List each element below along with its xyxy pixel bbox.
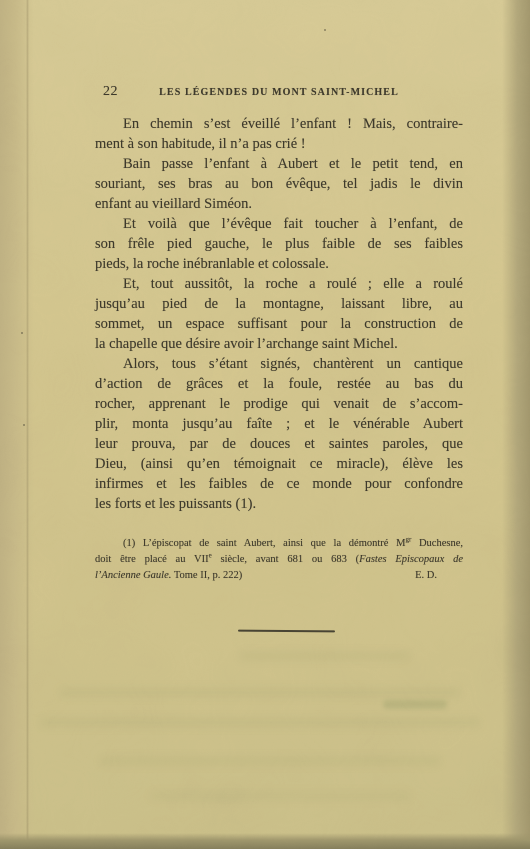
text-line: rocher, apprenant le prodige qui venait … xyxy=(95,394,463,414)
footnote-text: doit être placé au VII xyxy=(95,554,209,565)
footnote-text: siècle, avant 681 ou 683 ( xyxy=(212,554,359,565)
bleedthrough-smudge xyxy=(60,688,460,697)
ink-speck xyxy=(21,332,23,334)
footnote-text: Tome II, p. 222) xyxy=(171,570,242,581)
text-line: infirmes et les faibles de ce monde pour… xyxy=(95,474,463,494)
text-line: ment à son habitude, il n’a pas crié ! xyxy=(95,134,463,154)
text-line: Alors, tous s’étant signés, chantèrent u… xyxy=(95,354,463,374)
ink-speck xyxy=(324,29,326,31)
text-line: pieds, la roche inébranlable et colossal… xyxy=(95,254,463,274)
page-left-edge xyxy=(0,0,34,849)
footnote-line: doit être placé au VIIe siècle, avant 68… xyxy=(95,552,463,568)
footnote-italic-title: l’Ancienne Gaule. xyxy=(95,570,171,581)
ink-speck xyxy=(23,424,25,426)
running-title: LES LÉGENDES DU MONT SAINT-MICHEL xyxy=(95,87,463,98)
scanned-book-page: 22 LES LÉGENDES DU MONT SAINT-MICHEL En … xyxy=(0,0,530,849)
text-line: les forts et les puissants (1). xyxy=(95,494,463,514)
page-bottom-edge xyxy=(0,833,530,849)
text-line: jusqu’au pied de la montagne, laissant l… xyxy=(95,294,463,314)
text-line: enfant au vieillard Siméon. xyxy=(95,194,463,214)
text-line: la chapelle que désire avoir l’archange … xyxy=(95,334,463,354)
footnote-text: Duchesne, xyxy=(411,538,463,549)
text-line: Et, tout aussitôt, la roche a roulé ; el… xyxy=(95,274,463,294)
footnote: (1) L’épiscopat de saint Aubert, ainsi q… xyxy=(95,536,463,584)
section-divider xyxy=(238,630,335,633)
text-line: Dieu, (ainsi qu’en témoignait ce miracle… xyxy=(95,454,463,474)
text-line: souriant, ses bras au bon évêque, tel ja… xyxy=(95,174,463,194)
bleedthrough-smudge xyxy=(40,718,480,727)
page-right-edge xyxy=(502,0,530,849)
bleedthrough-smudge xyxy=(100,757,440,765)
text-line: leur prouva, par de douces et saintes pa… xyxy=(95,434,463,454)
text-line: son frêle pied gauche, le plus faible de… xyxy=(95,234,463,254)
bleedthrough-smudge xyxy=(150,792,410,800)
footnote-text: (1) L’épiscopat de saint Aubert, ainsi q… xyxy=(123,538,405,549)
text-line: d’action de grâces et la foule, restée a… xyxy=(95,374,463,394)
footnote-text: l’Ancienne Gaule. Tome II, p. 222) xyxy=(95,568,242,584)
text-line: Et voilà que l’évêque fait toucher à l’e… xyxy=(95,214,463,234)
text-line: Bain passe l’enfant à Aubert et le petit… xyxy=(95,154,463,174)
text-line: En chemin s’est éveillé l’enfant ! Mais,… xyxy=(95,114,463,134)
footnote-italic-title: Fastes Episcopaux de xyxy=(359,554,463,565)
bleedthrough-smudge xyxy=(240,652,410,660)
footnote-line: l’Ancienne Gaule. Tome II, p. 222)E. D. xyxy=(95,568,463,584)
text-line: plir, monta jusqu’au faîte ; et le vénér… xyxy=(95,414,463,434)
text-line: sommet, un espace suffisant pour la cons… xyxy=(95,314,463,334)
footnote-signature: E. D. xyxy=(415,568,463,584)
bleedthrough-smudge xyxy=(383,700,447,709)
body-text: En chemin s’est éveillé l’enfant ! Mais,… xyxy=(95,114,463,514)
footnote-line: (1) L’épiscopat de saint Aubert, ainsi q… xyxy=(95,536,463,552)
